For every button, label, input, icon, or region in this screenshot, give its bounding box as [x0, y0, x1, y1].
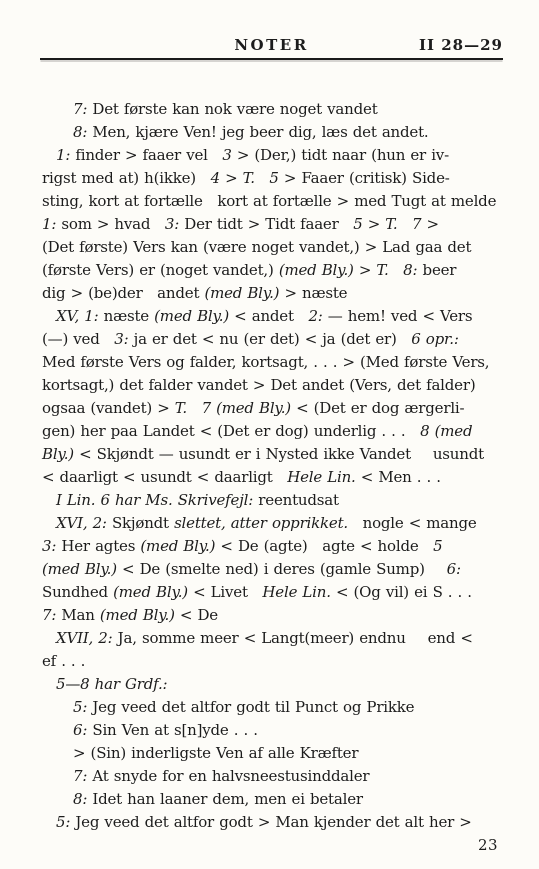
text-segment: Her agtes — [56, 537, 140, 555]
text-line: 3: Her agtes (med Bly.) < De (agte) agte… — [42, 535, 503, 558]
text-line: XVII, 2: Ja, somme meer < Langt(meer) en… — [42, 627, 503, 650]
text-segment: kort at fortælle > med Tugt at melde — [217, 192, 496, 210]
text-segment: < daarligt < usundt < daarligt — [42, 468, 273, 486]
text-segment: 5—8 har Grdf.: — [56, 675, 167, 693]
text-segment: (med Bly.) — [113, 583, 188, 601]
text-segment: Skjøndt — [107, 514, 174, 532]
text-segment: ogsaa (vandet) > — [42, 399, 175, 417]
text-segment: T. — [376, 261, 388, 279]
text-line: 1: som > hvad 3: Der tidt > Tidt faaer 5… — [42, 213, 503, 236]
text-segment — [150, 215, 165, 233]
text-segment: (med Bly.) — [204, 284, 279, 302]
text-segment: slettet, atter opprikket. — [174, 514, 348, 532]
text-segment — [419, 537, 434, 555]
text-segment: 3 — [222, 146, 231, 164]
text-segment: Idet han laaner dem, men ei betaler — [87, 790, 363, 808]
text-segment — [187, 399, 202, 417]
text-segment: 2: — [308, 307, 322, 325]
text-segment: > Faaer (critisk) Side- — [279, 169, 450, 187]
text-segment: andet — [157, 284, 204, 302]
text-segment: > — [363, 215, 386, 233]
text-segment — [308, 537, 323, 555]
text-segment: 7: — [73, 767, 87, 785]
text-segment: kortsagt,) det falder vandet > Det andet… — [42, 376, 476, 394]
text-segment: finder > faaer vel — [70, 146, 208, 164]
text-segment: > — [354, 261, 377, 279]
text-segment: 5: — [73, 698, 87, 716]
text-line: rigst med at) h(ikke) 4 > T. 5 > Faaer (… — [42, 167, 503, 190]
text-segment: < Men . . . — [356, 468, 441, 486]
text-segment: < (Det er dog ærgerli- — [291, 399, 464, 417]
text-segment: < Livet — [188, 583, 248, 601]
text-line: 8: Men, kjære Ven! jeg beer dig, læs det… — [42, 121, 503, 144]
text-segment: 7 (med Bly.) — [202, 399, 291, 417]
text-segment — [348, 514, 363, 532]
text-segment: Jeg veed det altfor godt > Man kjender d… — [70, 813, 471, 831]
text-line: 6: Sin Ven at s[n]yde . . . — [42, 719, 503, 742]
text-segment: 5 — [353, 215, 362, 233]
text-segment: 6 opr.: — [411, 330, 459, 348]
text-line: gen) her paa Landet < (Det er dog) under… — [42, 420, 503, 443]
text-segment: Der tidt > Tidt faaer — [179, 215, 338, 233]
text-segment: 5: — [56, 813, 70, 831]
text-segment — [196, 169, 211, 187]
text-line: (med Bly.) < De (smelte ned) i deres (ga… — [42, 558, 503, 581]
text-segment — [208, 146, 223, 164]
text-segment: 7: — [73, 100, 87, 118]
text-segment: (Det første) Vers kan (være noget vandet… — [42, 238, 471, 256]
text-segment: Hele Lin. — [262, 583, 330, 601]
text-line: < daarligt < usundt < daarligt Hele Lin.… — [42, 466, 503, 489]
text-line: 8: Idet han laaner dem, men ei betaler — [42, 788, 503, 811]
text-segment: 3: — [114, 330, 128, 348]
text-segment: Sin Ven at s[n]yde . . . — [87, 721, 258, 739]
text-line: XV, 1: næste (med Bly.) < andet 2: — hem… — [42, 305, 503, 328]
text-segment: > (Der,) tidt naar (hun er iv- — [232, 146, 449, 164]
text-segment: 1: — [42, 215, 56, 233]
text-segment: < (Og vil) ei S . . . — [331, 583, 472, 601]
text-segment: < De (agte) — [215, 537, 307, 555]
text-segment — [397, 215, 412, 233]
text-segment — [273, 468, 288, 486]
text-block: 7: Det første kan nok være noget vandet8… — [42, 98, 503, 834]
text-segment: som > hvad — [56, 215, 150, 233]
text-segment: ja er det < nu (er det) < ja (det er) — [128, 330, 396, 348]
text-segment: < De (smelte ned) i deres (gamle Sump) — [117, 560, 425, 578]
text-segment: beer — [417, 261, 456, 279]
text-segment: 8: — [403, 261, 417, 279]
text-segment — [248, 583, 263, 601]
text-segment: 5 — [269, 169, 278, 187]
text-segment — [389, 261, 404, 279]
text-segment — [100, 330, 115, 348]
text-segment: 8: — [73, 123, 87, 141]
text-segment: XV, 1: — [56, 307, 98, 325]
text-segment: 7: — [42, 606, 56, 624]
text-line: Sundhed (med Bly.) < Livet Hele Lin. < (… — [42, 581, 503, 604]
text-segment: T. — [385, 215, 397, 233]
text-line: 7: At snyde for en halvsneestusinddaler — [42, 765, 503, 788]
text-line: (første Vers) er (noget vandet,) (med Bl… — [42, 259, 503, 282]
text-segment: T. — [175, 399, 187, 417]
text-line: (—) ved 3: ja er det < nu (er det) < ja … — [42, 328, 503, 351]
text-segment: < De — [175, 606, 218, 624]
text-segment: 6: — [447, 560, 461, 578]
text-segment: Ja, somme meer < Langt(meer) endnu — [113, 629, 406, 647]
text-line: 1: finder > faaer vel 3 > (Der,) tidt na… — [42, 144, 503, 167]
text-line: dig > (be)der andet (med Bly.) > næste — [42, 282, 503, 305]
text-segment: Jeg veed det altfor godt til Punct og Pr… — [87, 698, 414, 716]
text-segment: (—) ved — [42, 330, 100, 348]
text-line: Med første Vers og falder, kortsagt, . .… — [42, 351, 503, 374]
text-segment: < andet — [229, 307, 294, 325]
text-segment: Man — [56, 606, 100, 624]
text-segment: (med Bly.) — [279, 261, 354, 279]
text-segment: Det første kan nok være noget vandet — [87, 100, 377, 118]
text-segment: nogle < mange — [363, 514, 477, 532]
text-line: 7: Man (med Bly.) < De — [42, 604, 503, 627]
text-segment — [406, 629, 428, 647]
section-reference: II 28—29 — [419, 36, 503, 54]
text-segment: (med Bly.) — [140, 537, 215, 555]
text-segment: 8 (med — [420, 422, 472, 440]
text-segment: Men, kjære Ven! jeg beer dig, læs det an… — [87, 123, 428, 141]
text-segment — [405, 422, 420, 440]
text-line: Bly.) < Skjøndt — usundt er i Nysted ikk… — [42, 443, 503, 466]
text-line: 5: Jeg veed det altfor godt til Punct og… — [42, 696, 503, 719]
text-segment: 7 — [412, 215, 421, 233]
text-segment: 6: — [73, 721, 87, 739]
text-segment: gen) her paa Landet < (Det er dog) under… — [42, 422, 405, 440]
text-segment: (med Bly.) — [100, 606, 175, 624]
text-segment: (med Bly.) — [42, 560, 117, 578]
text-segment — [425, 560, 447, 578]
page-header: NOTER II 28—29 — [40, 36, 503, 54]
text-segment — [143, 284, 158, 302]
text-segment: XVI, 2: — [56, 514, 107, 532]
text-line: sting, kort at fortælle kort at fortælle… — [42, 190, 503, 213]
text-segment: rigst med at) h(ikke) — [42, 169, 196, 187]
text-segment: Bly.) — [42, 445, 74, 463]
text-segment: ef . . . — [42, 652, 85, 670]
page-number: 23 — [478, 836, 498, 854]
text-segment: 8: — [73, 790, 87, 808]
text-segment: Sundhed — [42, 583, 113, 601]
text-segment: end < — [428, 629, 473, 647]
text-line: > (Sin) inderligste Ven af alle Kræfter — [42, 742, 503, 765]
text-segment: At snyde for en halvsneestusinddaler — [87, 767, 369, 785]
header-rule — [40, 58, 503, 60]
text-line: 5: Jeg veed det altfor godt > Man kjende… — [42, 811, 503, 834]
text-line: ef . . . — [42, 650, 503, 673]
text-segment: > næste — [279, 284, 347, 302]
text-segment: XVII, 2: — [56, 629, 113, 647]
text-segment: usundt — [433, 445, 484, 463]
text-segment: < Skjøndt — usundt er i Nysted ikke Vand… — [74, 445, 411, 463]
text-line: 7: Det første kan nok være noget vandet — [42, 98, 503, 121]
text-segment: næste — [98, 307, 154, 325]
text-segment: > (Sin) inderligste Ven af alle Kræfter — [73, 744, 358, 762]
text-segment: — hem! ved < Vers — [323, 307, 473, 325]
text-line: XVI, 2: Skjøndt slettet, atter opprikket… — [42, 512, 503, 535]
text-segment: > — [421, 215, 439, 233]
text-segment: dig > (be)der — [42, 284, 143, 302]
text-line: ogsaa (vandet) > T. 7 (med Bly.) < (Det … — [42, 397, 503, 420]
text-segment: agte < holde — [322, 537, 418, 555]
text-line: kortsagt,) det falder vandet > Det andet… — [42, 374, 503, 397]
text-segment — [411, 445, 433, 463]
text-segment: 1: — [56, 146, 70, 164]
book-page: NOTER II 28—29 7: Det første kan nok vær… — [0, 0, 539, 869]
text-segment: 3: — [165, 215, 179, 233]
text-segment: 5 — [433, 537, 442, 555]
text-segment: > — [220, 169, 243, 187]
text-segment: sting, kort at fortælle — [42, 192, 203, 210]
text-segment — [255, 169, 270, 187]
text-segment — [294, 307, 309, 325]
text-line: 5—8 har Grdf.: — [42, 673, 503, 696]
text-segment: (med Bly.) — [154, 307, 229, 325]
text-segment: Med første Vers og falder, kortsagt, . .… — [42, 353, 489, 371]
text-segment: I Lin. 6 har Ms. Skrivefejl: — [56, 491, 253, 509]
text-line: (Det første) Vers kan (være noget vandet… — [42, 236, 503, 259]
text-segment — [397, 330, 412, 348]
text-segment: reentudsat — [253, 491, 339, 509]
text-line: I Lin. 6 har Ms. Skrivefejl: reentudsat — [42, 489, 503, 512]
text-segment — [203, 192, 218, 210]
text-segment: (første Vers) er (noget vandet,) — [42, 261, 279, 279]
text-segment: 4 — [211, 169, 220, 187]
text-segment — [339, 215, 354, 233]
text-segment: 3: — [42, 537, 56, 555]
text-segment: Hele Lin. — [287, 468, 355, 486]
text-segment: T. — [243, 169, 255, 187]
